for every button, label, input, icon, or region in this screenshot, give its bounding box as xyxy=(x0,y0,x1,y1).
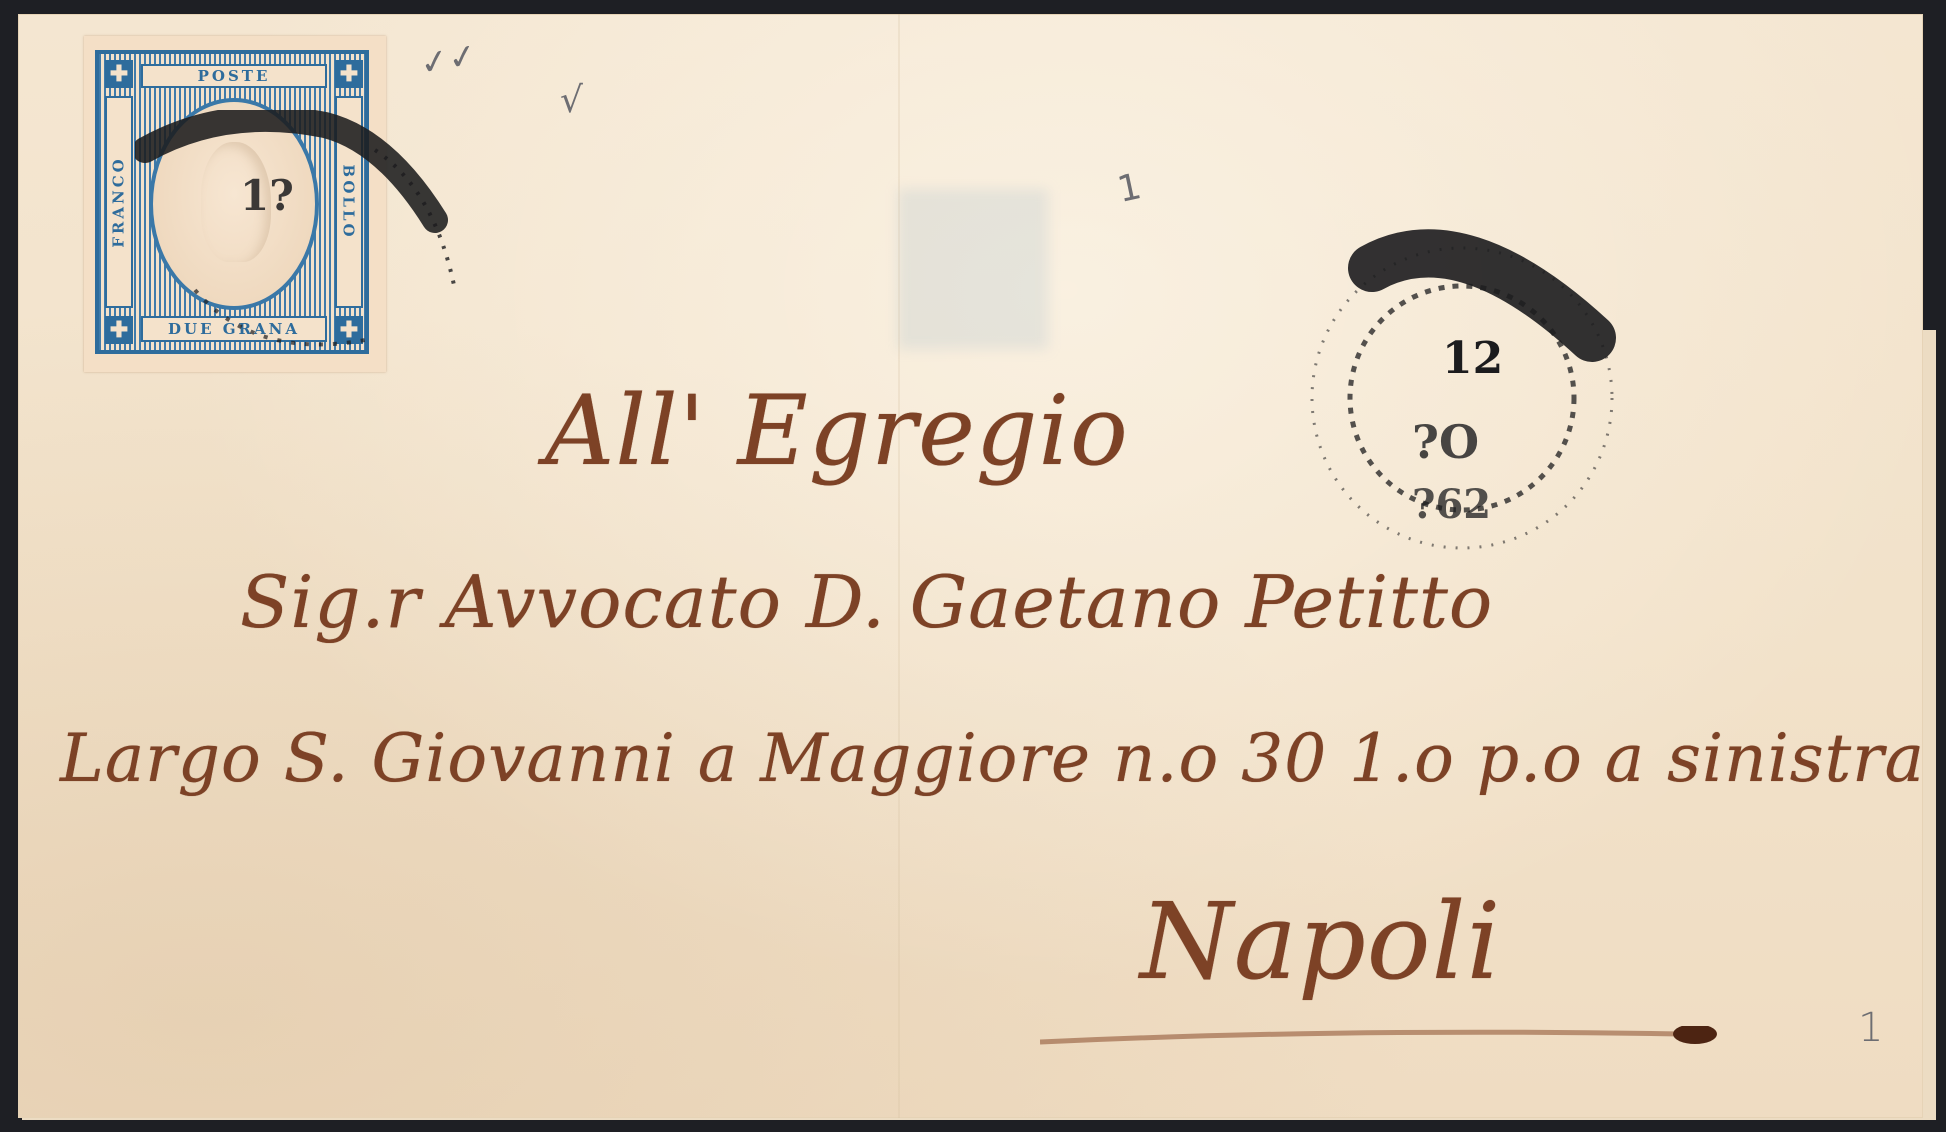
city-underline-flourish xyxy=(1040,1026,1740,1046)
embossed-head-icon xyxy=(201,142,271,262)
address-city: Napoli xyxy=(1140,880,1501,1003)
address-recipient: Sig.r Avvocato D. Gaetano Petitto xyxy=(240,560,1493,644)
cross-icon: ✚ xyxy=(105,60,133,88)
stamp-label-top: POSTE xyxy=(141,64,327,88)
pencil-number: 1 xyxy=(1858,1005,1883,1051)
cross-icon: ✚ xyxy=(335,316,363,344)
cross-icon: ✚ xyxy=(335,60,363,88)
stamp-label-left: FRANCO xyxy=(105,96,133,308)
address-salutation: All' Egregio xyxy=(545,375,1129,487)
postage-stamp: POSTE DUE GRANA FRANCO BOLLO ✚ ✚ ✚ ✚ xyxy=(84,36,386,372)
stamp-frame: POSTE DUE GRANA FRANCO BOLLO ✚ ✚ ✚ ✚ xyxy=(95,50,369,354)
stamp-label-right: BOLLO xyxy=(335,96,363,308)
stamp-portrait-oval xyxy=(149,98,319,310)
paper-stain xyxy=(898,189,1048,349)
pencil-check-mark: √ xyxy=(560,80,583,121)
stamp-label-value: DUE GRANA xyxy=(141,316,327,342)
address-street: Largo S. Giovanni a Maggiore n.o 30 1.o … xyxy=(60,720,1925,797)
cross-icon: ✚ xyxy=(105,316,133,344)
